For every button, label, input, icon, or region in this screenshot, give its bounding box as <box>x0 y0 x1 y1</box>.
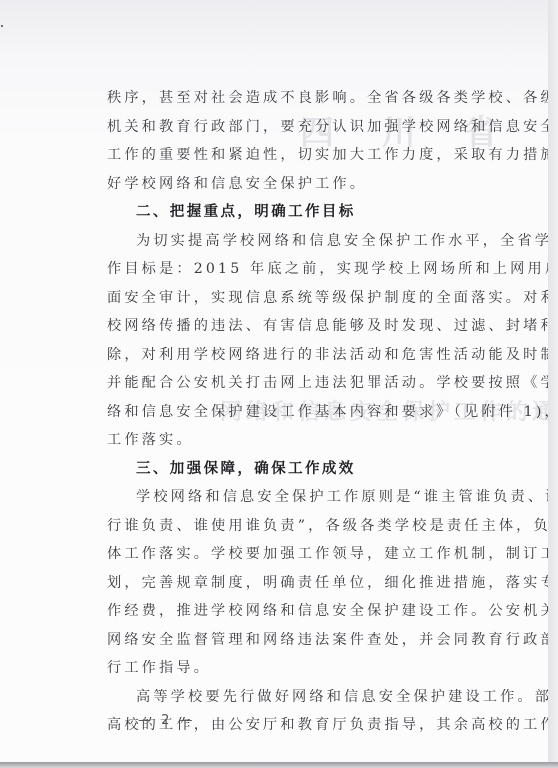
text-line: 秩序，甚至对社会造成不良影响。全省各级各类学校、各级公安 <box>107 84 519 113</box>
text-line: 络和信息安全保护建设工作基本内容和要求》（见附件 1)，做好 <box>107 398 519 427</box>
paragraph-2: 为切实提高学校网络和信息安全保护工作水平，全省学校工 作目标是：2015 年底之… <box>107 227 519 455</box>
paragraph-4: 高等学校要先行做好网络和信息安全保护建设工作。部委属 高校的工作，由公安厅和教育… <box>107 683 519 740</box>
section-heading-3: 三、加强保障，确保工作成效 <box>107 455 519 484</box>
text-line: 工作落实。 <box>107 426 519 455</box>
text-line: 除，对利用学校网络进行的非法活动和危害性活动能及时制止， <box>107 341 519 370</box>
text-line: 工作的重要性和紧迫性，切实加大工作力度，采取有力措施，做 <box>107 141 519 170</box>
text-line: 校网络传播的违法、有害信息能够及时发现、过滤、封堵和删 <box>107 312 519 341</box>
paragraph-1: 秩序，甚至对社会造成不良影响。全省各级各类学校、各级公安 机关和教育行政部门，要… <box>107 84 519 198</box>
scanned-page: 四 川 省 网络和信息安全保护工作的通知 秩序，甚至对社会造成不良影响。全省各级… <box>0 0 548 762</box>
scan-speck <box>1 25 3 27</box>
text-line: 为切实提高学校网络和信息安全保护工作水平，全省学校工 <box>107 227 519 256</box>
paragraph-3: 学校网络和信息安全保护工作原则是“谁主管谁负责、谁运 行谁负责、谁使用谁负责”，… <box>107 483 519 683</box>
text-line: 作目标是：2015 年底之前，实现学校上网场所和上网用户的全 <box>107 255 519 284</box>
text-line: 并能配合公安机关打击网上违法犯罪活动。学校要按照《学校网 <box>107 369 519 398</box>
text-line: 高等学校要先行做好网络和信息安全保护建设工作。部委属 <box>107 683 519 712</box>
page-edge-right <box>548 0 558 762</box>
text-line: 好学校网络和信息安全保护工作。 <box>107 170 519 199</box>
text-line: 学校网络和信息安全保护工作原则是“谁主管谁负责、谁运 <box>107 483 519 512</box>
text-line: 网络安全监督管理和网络违法案件查处，并会同教育行政部门进 <box>107 626 519 655</box>
text-line: 作经费，推进学校网络和信息安全保护建设工作。公安机关负责 <box>107 597 519 626</box>
text-line: 机关和教育行政部门，要充分认识加强学校网络和信息安全保护 <box>107 113 519 142</box>
text-line: 体工作落实。学校要加强工作领导，建立工作机制，制订工作规 <box>107 540 519 569</box>
page-number: — 2 — <box>138 713 196 728</box>
page-edge-bottom <box>0 762 558 768</box>
text-line: 划，完善规章制度，明确责任单位，细化推进措施，落实专项工 <box>107 569 519 598</box>
section-heading-2: 二、把握重点，明确工作目标 <box>107 198 519 227</box>
text-line: 行工作指导。 <box>107 654 519 683</box>
document-body: 秩序，甚至对社会造成不良影响。全省各级各类学校、各级公安 机关和教育行政部门，要… <box>107 84 519 740</box>
text-line: 行谁负责、谁使用谁负责”，各级各类学校是责任主体，负责具 <box>107 512 519 541</box>
text-line: 面安全审计，实现信息系统等级保护制度的全面落实。对利用学 <box>107 284 519 313</box>
